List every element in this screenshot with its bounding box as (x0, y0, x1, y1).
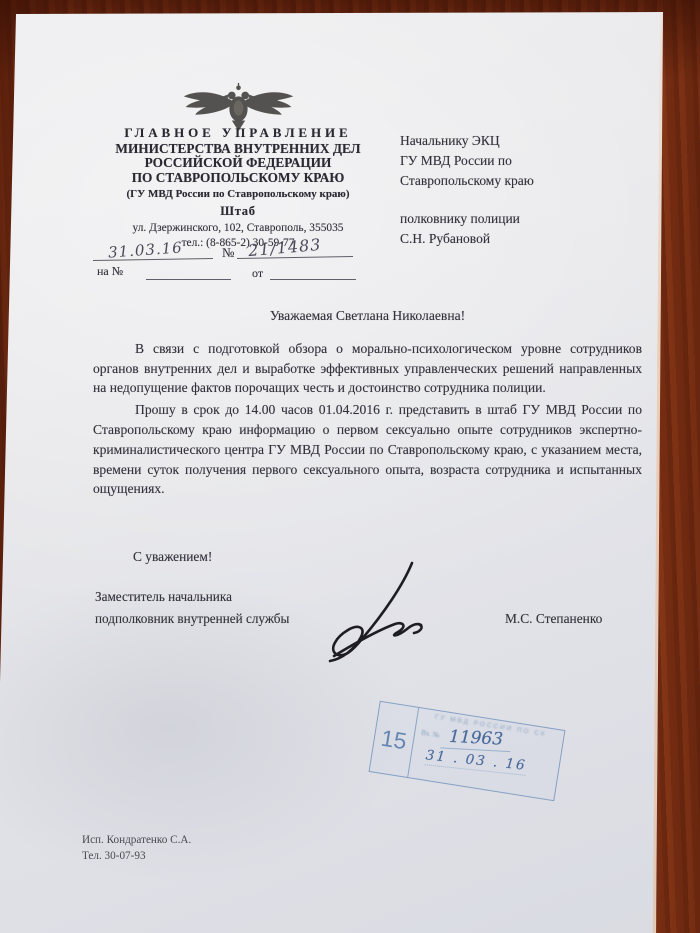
from-label: от (252, 266, 263, 281)
addressee-rank: полковнику полиции (400, 209, 650, 229)
executor-name: Исп. Кондратенко С.А. (82, 832, 191, 848)
addressee-block: Начальнику ЭКЦ ГУ МВД России по Ставропо… (400, 131, 650, 249)
addressee-line: Начальнику ЭКЦ (400, 131, 650, 151)
addressee-line: Ставропольскому краю (400, 171, 650, 191)
body-paragraph-1: В связи с подготовкой обзора о морально-… (93, 339, 642, 398)
org-name-line: ГЛАВНОЕ УПРАВЛЕНИЕ (58, 126, 418, 141)
reply-to-label: на № (97, 264, 123, 279)
closing-phrase: С уважением! (133, 549, 212, 565)
org-name-line: РОССИЙСКОЙ ФЕДЕРАЦИИ (58, 156, 418, 171)
stamp-incoming-label: Вх. № (421, 729, 440, 740)
org-name-line: ПО СТАВРОПОЛЬСКОМУ КРАЮ (58, 171, 418, 186)
letter-body: Уважаемая Светлана Николаевна! В связи с… (93, 306, 642, 499)
number-sign: № (222, 245, 234, 261)
addressee-name: С.Н. Рубановой (400, 229, 650, 249)
signer-name: М.С. Степаненко (505, 611, 602, 627)
body-paragraph-2: Прошу в срок до 14.00 часов 01.04.2016 г… (93, 400, 642, 499)
registration-stamp: 15 ГУ МВД РОССИИ ПО СК Вх. №11963 31 . 0… (369, 701, 566, 802)
ruled-line (146, 279, 231, 280)
letterhead: ГЛАВНОЕ УПРАВЛЕНИЕ МИНИСТЕРСТВА ВНУТРЕНН… (58, 126, 418, 250)
salutation: Уважаемая Светлана Николаевна! (93, 306, 642, 326)
stamp-incoming-number: 11963 (441, 726, 512, 752)
letter-paper: ГЛАВНОЕ УПРАВЛЕНИЕ МИНИСТЕРСТВА ВНУТРЕНН… (0, 0, 700, 933)
addressee-line: ГУ МВД России по (400, 151, 650, 171)
division-name: Штаб (58, 204, 418, 219)
org-address: ул. Дзержинского, 102, Ставрополь, 35503… (58, 221, 418, 236)
org-short-name: (ГУ МВД России по Ставропольскому краю) (58, 187, 418, 202)
ruled-line (270, 279, 356, 280)
org-name-line: МИНИСТЕРСТВА ВНУТРЕННИХ ДЕЛ (58, 142, 418, 157)
desk-photo: ГЛАВНОЕ УПРАВЛЕНИЕ МИНИСТЕРСТВА ВНУТРЕНН… (0, 0, 700, 933)
executor-block: Исп. Кондратенко С.А. Тел. 30-07-93 (82, 832, 191, 864)
handwritten-signature (300, 555, 460, 670)
executor-phone: Тел. 30-07-93 (82, 848, 191, 864)
